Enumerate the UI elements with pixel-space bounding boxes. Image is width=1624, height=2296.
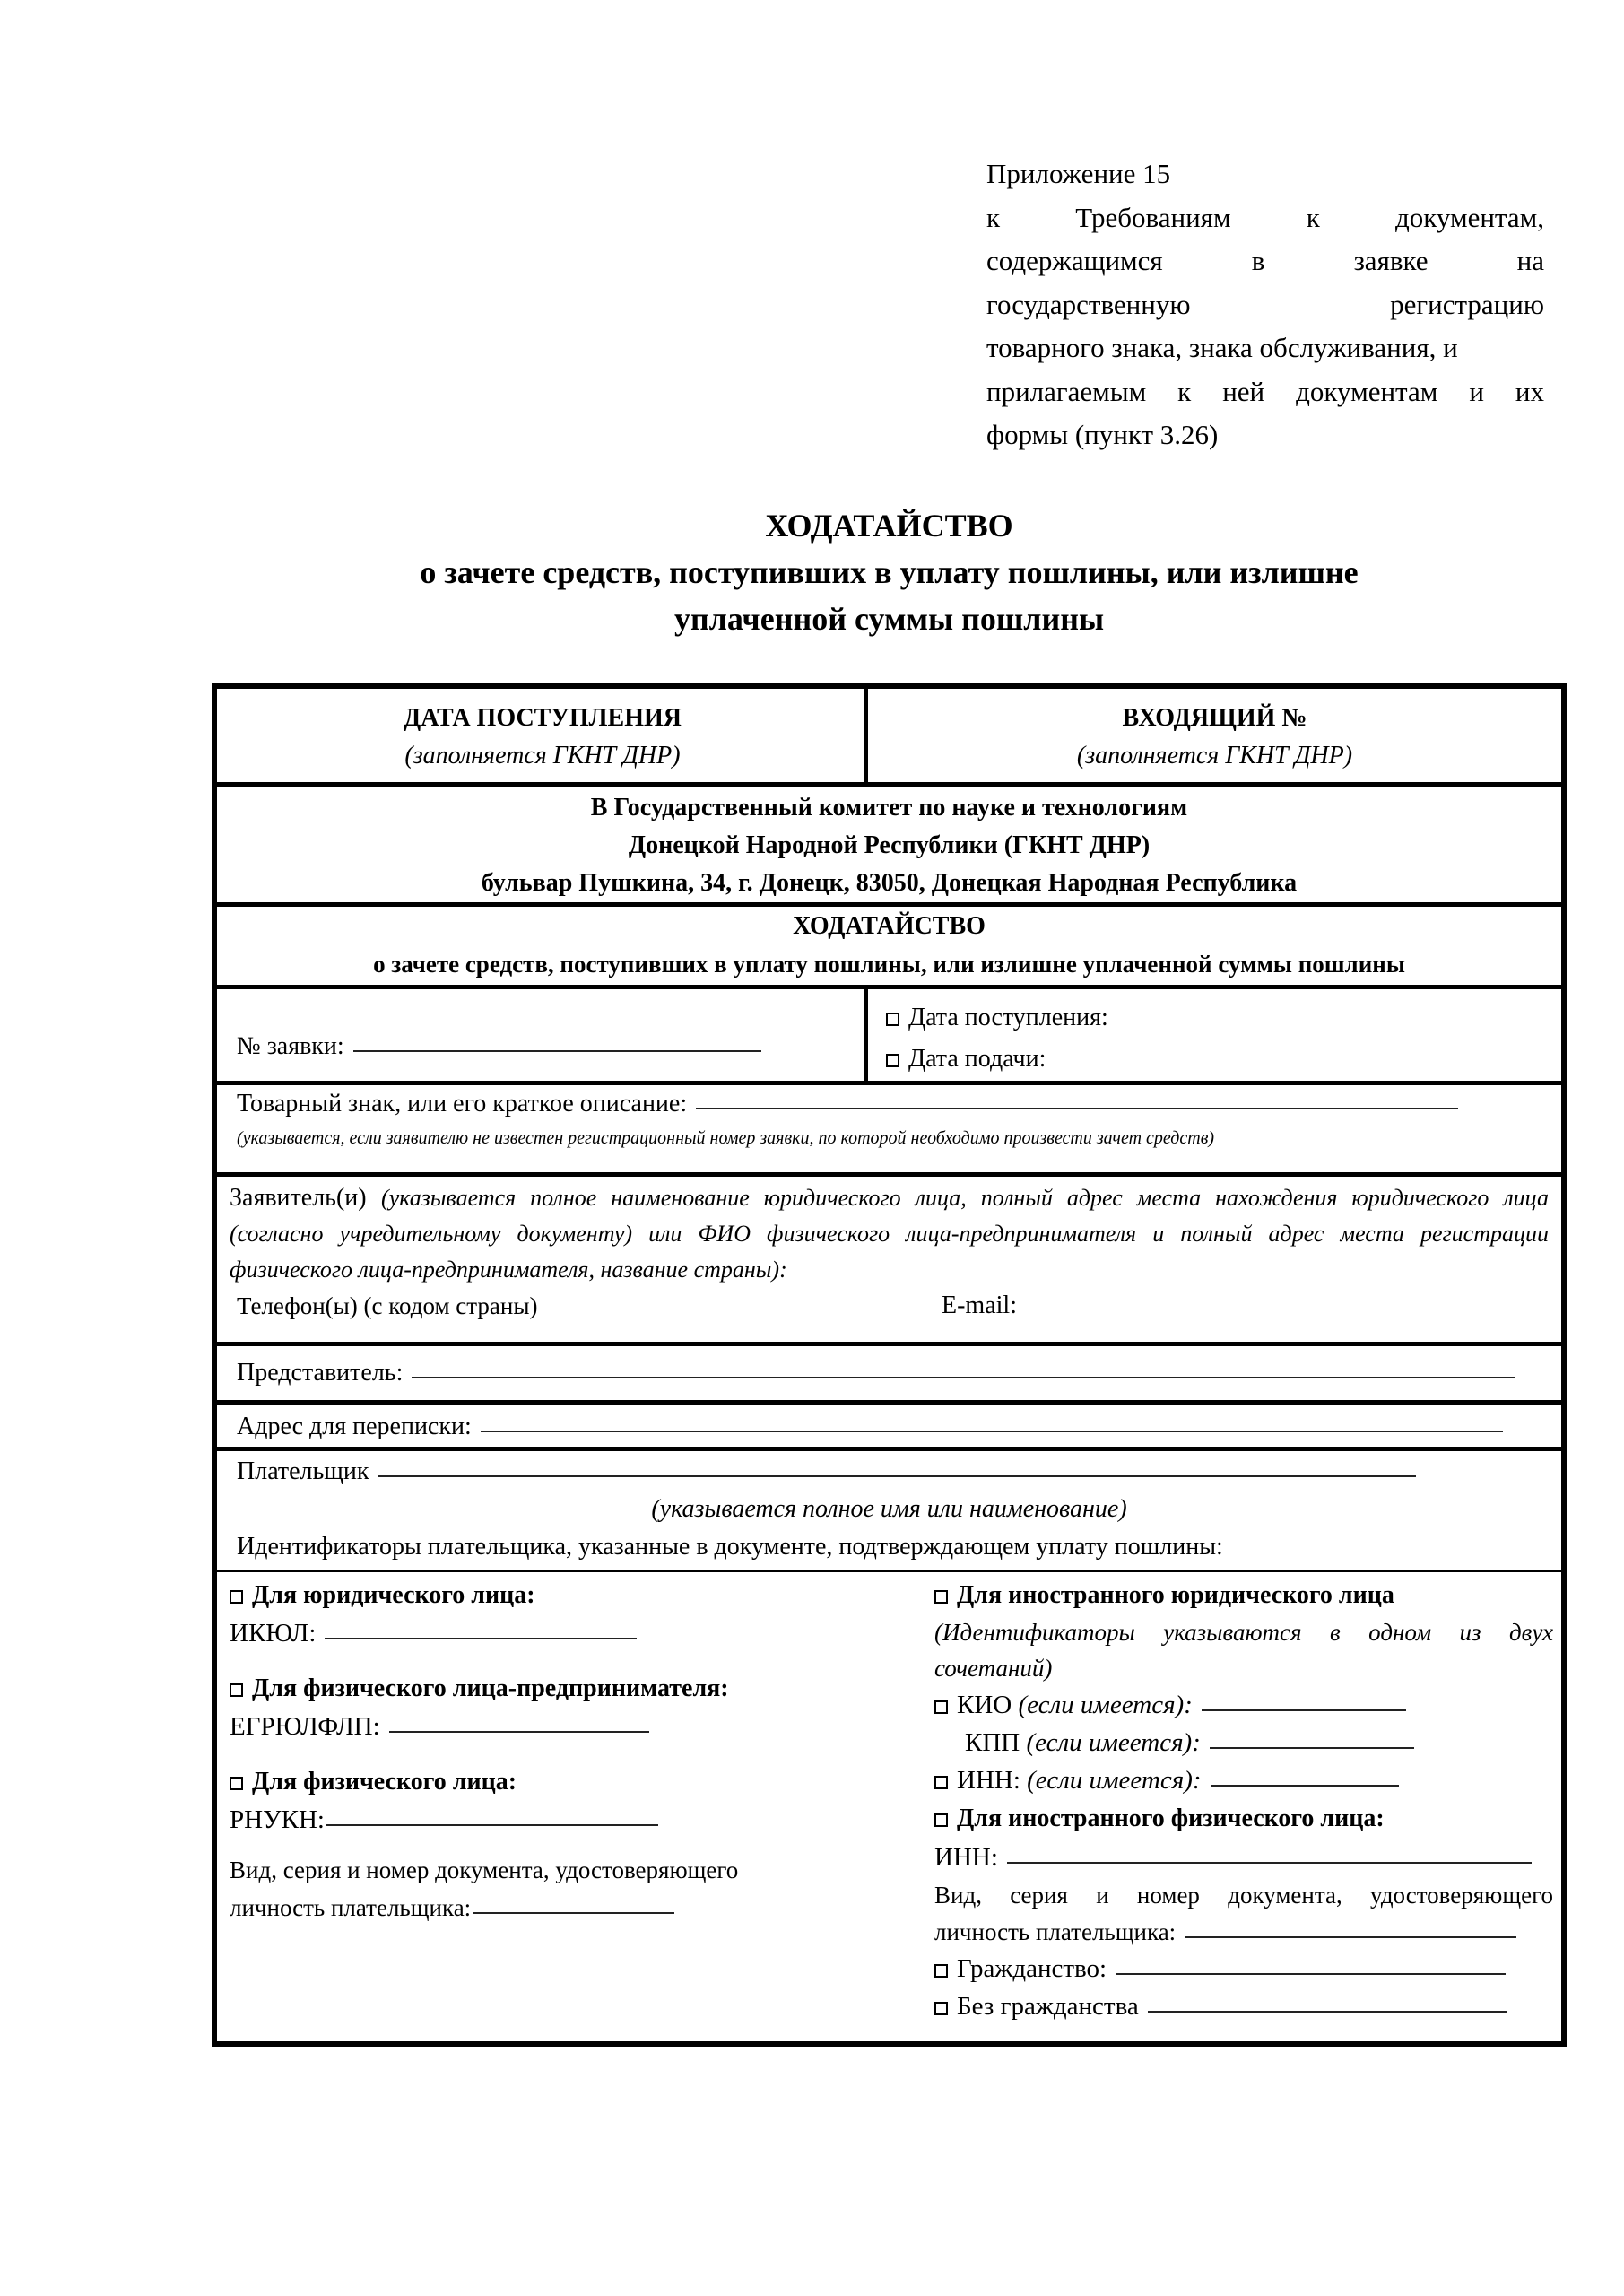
id-doc-label-line1: Вид, серия и номер документа, удостоверя… — [230, 1851, 857, 1889]
receipt-date-cell: ДАТА ПОСТУПЛЕНИЯ (заполняется ГКНТ ДНР) — [217, 700, 868, 775]
kpp-input[interactable] — [1210, 1746, 1414, 1749]
addressee-line2: Донецкой Народной Республики (ГКНТ ДНР) — [217, 827, 1561, 865]
row-divider — [217, 1342, 1561, 1346]
application-no-field: № заявки: — [237, 1028, 761, 1065]
individual-title: Для физического лица: — [252, 1768, 517, 1796]
applicant-text: Заявитель(и) (указывается полное наимено… — [230, 1180, 1549, 1288]
annex-word: документам — [1296, 370, 1437, 414]
row-divider — [217, 782, 1561, 787]
foreign-individual-inn-input[interactable] — [1007, 1861, 1532, 1864]
checkbox[interactable] — [886, 1054, 899, 1067]
petition-form: ДАТА ПОСТУПЛЕНИЯ (заполняется ГКНТ ДНР) … — [212, 683, 1567, 2047]
applicant-label: Заявитель(и) — [230, 1184, 367, 1212]
row-divider — [217, 985, 1561, 989]
kpp-field: КПП (если имеется): — [934, 1724, 1553, 1761]
correspondence-cell: Адрес для переписки: — [237, 1408, 1503, 1446]
annex-line: прилагаемым к ней документам и их — [986, 370, 1544, 414]
correspondence-field: Адрес для переписки: — [237, 1408, 1503, 1446]
annex-word: ней — [1222, 370, 1264, 414]
legal-entity-option[interactable]: Для юридического лица: — [230, 1577, 857, 1614]
annex-word: на — [1517, 239, 1544, 283]
annex-word: в — [1252, 239, 1265, 283]
incoming-no-note: (заполняется ГКНТ ДНР) — [868, 737, 1561, 775]
citizenship-label: Гражданство: — [957, 1950, 1107, 1987]
payer-note: (указывается полное имя или наименование… — [237, 1491, 1541, 1528]
row-divider — [217, 1447, 1561, 1451]
stateless-label: Без гражданства — [957, 1987, 1139, 2025]
annex-word: государственную — [986, 283, 1191, 327]
row-divider — [217, 1570, 1561, 1572]
checkbox[interactable] — [230, 1777, 243, 1790]
payer-label: Плательщик — [237, 1453, 369, 1491]
foreign-legal-note: (Идентификаторы указываются в одном из д… — [934, 1614, 1553, 1686]
egrulflp-input[interactable] — [389, 1730, 649, 1733]
kio-if-any: (если имеется): — [1018, 1686, 1192, 1724]
kio-label: КИО — [957, 1686, 1012, 1724]
column-divider — [864, 987, 868, 1085]
foreign-legal-inn-input[interactable] — [1211, 1784, 1399, 1787]
row-divider — [217, 1400, 1561, 1405]
checkbox[interactable] — [886, 1013, 899, 1026]
addressee-block: В Государственный комитет по науке и тех… — [217, 789, 1561, 902]
id-doc-field: личность плательщика: — [230, 1889, 857, 1926]
annex-word: к — [986, 196, 1000, 240]
checkbox[interactable] — [230, 1683, 243, 1697]
id-doc-label-line2: личность плательщика: — [230, 1889, 471, 1926]
foreign-id-doc-field: личность плательщика: — [934, 1914, 1553, 1950]
stateless-field: Без гражданства — [934, 1987, 1553, 2025]
foreign-legal-inn-label: ИНН: — [957, 1761, 1020, 1799]
date-option-label: Дата поступления: — [908, 1004, 1108, 1031]
receipt-date-note: (заполняется ГКНТ ДНР) — [217, 737, 868, 775]
date-options-cell: Дата поступления: Дата подачи: — [886, 997, 1108, 1080]
annex-word: регистрацию — [1390, 283, 1544, 327]
annex-word: содержащимся — [986, 239, 1163, 283]
identifiers-left: Для юридического лица: ИКЮЛ: Для физичес… — [230, 1577, 857, 1926]
kpp-if-any: (если имеется): — [1026, 1724, 1200, 1761]
rnukn-label: РНУКН: — [230, 1801, 325, 1839]
representative-input[interactable] — [412, 1376, 1515, 1378]
checkbox[interactable] — [934, 1590, 948, 1604]
annex-word: заявке — [1354, 239, 1429, 283]
title-heading: ХОДАТАЙСТВО — [212, 502, 1567, 549]
petition-heading: ХОДАТАЙСТВО — [217, 907, 1561, 946]
annex-word: документам, — [1395, 196, 1544, 240]
kio-input[interactable] — [1202, 1709, 1406, 1711]
correspondence-label: Адрес для переписки: — [237, 1408, 472, 1446]
foreign-individual-inn-label: ИНН: — [934, 1839, 998, 1876]
annex-line: содержащимся в заявке на — [986, 239, 1544, 283]
document-title: ХОДАТАЙСТВО о зачете средств, поступивши… — [212, 502, 1567, 642]
annex-word: к — [1177, 370, 1191, 414]
foreign-individual-title: Для иностранного физического лица: — [957, 1805, 1385, 1832]
egrulflp-label: ЕГРЮЛФЛП: — [230, 1708, 380, 1745]
title-subtitle-line1: о зачете средств, поступивших в уплату п… — [212, 549, 1567, 596]
foreign-individual-option[interactable]: Для иностранного физического лица: — [934, 1799, 1553, 1839]
payer-cell: Плательщик (указывается полное имя или н… — [237, 1453, 1541, 1566]
ikul-label: ИКЮЛ: — [230, 1614, 316, 1652]
annex-line: к Требованиям к документам, — [986, 196, 1544, 240]
applicant-cell: Заявитель(и) (указывается полное наимено… — [230, 1180, 1549, 1324]
date-option-label: Дата подачи: — [908, 1045, 1046, 1073]
annex-word: Требованиям — [1075, 196, 1230, 240]
annex-word: к — [1307, 196, 1320, 240]
foreign-individual-inn-field: ИНН: — [934, 1839, 1553, 1876]
trademark-input[interactable] — [696, 1107, 1458, 1109]
annex-line: формы (пункт 3.26) — [986, 413, 1544, 457]
foreign-legal-title: Для иностранного юридического лица — [957, 1581, 1394, 1609]
foreign-legal-option[interactable]: Для иностранного юридического лица — [934, 1577, 1553, 1614]
rnukn-field: РНУКН: — [230, 1801, 857, 1839]
checkbox[interactable] — [934, 1776, 948, 1789]
phone-label[interactable]: Телефон(ы) (с кодом страны) — [237, 1288, 537, 1324]
foreign-id-doc-line1: Вид, серия и номер документа, удостоверя… — [934, 1876, 1553, 1914]
individual-option[interactable]: Для физического лица: — [230, 1763, 857, 1801]
addressee-line1: В Государственный комитет по науке и тех… — [217, 789, 1561, 827]
correspondence-input[interactable] — [481, 1430, 1503, 1432]
annex-reference: Приложение 15 к Требованиям к документам… — [986, 152, 1544, 457]
entrepreneur-option[interactable]: Для физического лица-предпринимателя: — [230, 1670, 857, 1708]
trademark-label: Товарный знак, или его краткое описание: — [237, 1085, 687, 1123]
trademark-cell: Товарный знак, или его краткое описание:… — [237, 1085, 1541, 1152]
incoming-no-label: ВХОДЯЩИЙ № — [868, 700, 1561, 737]
checkbox[interactable] — [934, 1700, 948, 1714]
petition-subtitle: о зачете средств, поступивших в уплату п… — [217, 946, 1561, 982]
annex-number: Приложение 15 — [986, 152, 1544, 196]
row-divider — [217, 1172, 1561, 1177]
applicant-contacts: Телефон(ы) (с кодом страны) E-mail: — [230, 1288, 1549, 1324]
applicant-note: (указывается полное наименование юридиче… — [230, 1185, 1549, 1283]
annex-line: государственную регистрацию — [986, 283, 1544, 327]
legal-entity-title: Для юридического лица: — [252, 1581, 535, 1609]
annex-word: прилагаемым — [986, 370, 1146, 414]
ikul-field: ИКЮЛ: — [230, 1614, 857, 1652]
email-label[interactable]: E-mail: — [942, 1288, 1017, 1324]
date-option-filing[interactable]: Дата подачи: — [886, 1039, 1108, 1080]
annex-line: товарного знака, знака обслуживания, и — [986, 326, 1544, 370]
foreign-id-doc-input[interactable] — [1185, 1935, 1516, 1938]
annex-word: и — [1469, 370, 1484, 414]
inn-if-any: (если имеется): — [1027, 1761, 1201, 1799]
foreign-id-doc-line2: личность плательщика: — [934, 1914, 1176, 1950]
checkbox[interactable] — [934, 1964, 948, 1978]
application-no-cell: № заявки: — [237, 1028, 761, 1065]
payer-identifiers-label: Идентификаторы плательщика, указанные в … — [237, 1528, 1541, 1566]
application-no-input[interactable] — [353, 1049, 761, 1052]
representative-cell: Представитель: — [237, 1354, 1515, 1392]
receipt-date-label: ДАТА ПОСТУПЛЕНИЯ — [217, 700, 868, 737]
addressee-line3: бульвар Пушкина, 34, г. Донецк, 83050, Д… — [217, 865, 1561, 902]
kpp-label: КПП — [965, 1724, 1020, 1761]
checkbox[interactable] — [934, 2002, 948, 2015]
egrulflp-field: ЕГРЮЛФЛП: — [230, 1708, 857, 1745]
ikul-input[interactable] — [325, 1637, 637, 1639]
kio-field: КИО (если имеется): — [934, 1686, 1553, 1724]
title-subtitle-line2: уплаченной суммы пошлины — [212, 596, 1567, 642]
incoming-no-cell: ВХОДЯЩИЙ № (заполняется ГКНТ ДНР) — [868, 700, 1561, 775]
date-option-receipt[interactable]: Дата поступления: — [886, 997, 1108, 1039]
citizenship-field: Гражданство: — [934, 1950, 1553, 1987]
payer-input[interactable] — [378, 1474, 1416, 1477]
citizenship-input[interactable] — [1116, 1972, 1506, 1975]
foreign-legal-inn-field: ИНН: (если имеется): — [934, 1761, 1553, 1799]
checkbox[interactable] — [230, 1590, 243, 1604]
application-no-label: № заявки: — [237, 1028, 344, 1065]
representative-field: Представитель: — [237, 1354, 1515, 1392]
trademark-field: Товарный знак, или его краткое описание: — [237, 1085, 1541, 1123]
annex-word: их — [1515, 370, 1544, 414]
stateless-input[interactable] — [1148, 2010, 1507, 2013]
petition-heading-block: ХОДАТАЙСТВО о зачете средств, поступивши… — [217, 907, 1561, 982]
trademark-note: (указывается, если заявителю не известен… — [237, 1125, 1541, 1152]
payer-field: Плательщик — [237, 1453, 1541, 1491]
identifiers-right: Для иностранного юридического лица (Иден… — [934, 1577, 1553, 2025]
rnukn-input[interactable] — [326, 1823, 658, 1826]
representative-label: Представитель: — [237, 1354, 403, 1392]
id-doc-input[interactable] — [473, 1911, 674, 1914]
checkbox[interactable] — [934, 1813, 948, 1827]
entrepreneur-title: Для физического лица-предпринимателя: — [252, 1674, 729, 1702]
